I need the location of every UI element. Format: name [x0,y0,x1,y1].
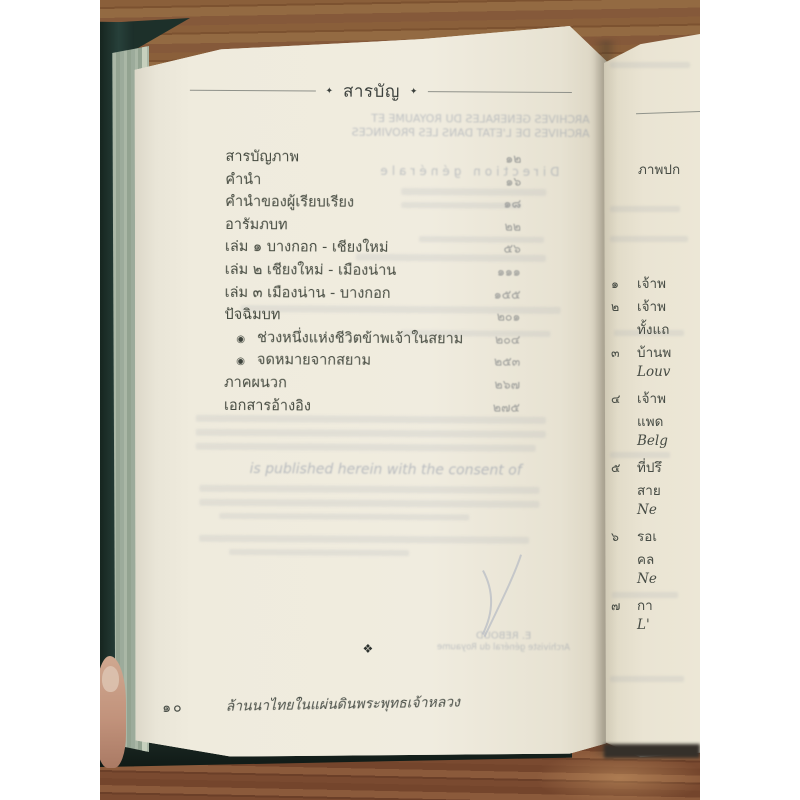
ghost-smudge [196,443,536,452]
illustration-entry: Belg [604,433,700,456]
entry-number: ๕ [604,458,637,478]
toc-row: คำนำ ๑๖ [225,168,521,192]
entry-number: ๖ [604,527,637,547]
ghost-smudge [199,485,539,494]
illustration-entry: ๒ เจ้าพ [604,295,700,318]
entry-text-fragment: Louv [637,364,670,380]
entry-text-fragment: L' [637,617,650,633]
toc-entry-label: ช่วงหนึ่งแห่งชีวิตข้าพเจ้าในสยาม [257,326,463,350]
illustration-entry: แพด [604,410,700,433]
toc-entry-page-number: ๒๖๗ [494,375,520,395]
toc-entry-page-number: ๒๐๔ [495,329,520,349]
illustration-entry: ๓ บ้านพ [604,341,700,364]
bullet-icon: ◉ [236,334,245,345]
entry-text-fragment: ที่ปรึ [637,456,662,478]
ghost-smudge [610,206,680,212]
toc-entry-page-number: ๑๕๕ [494,284,521,304]
photo-frame: ✦ สารบัญ ✦ ARCHIVES GENERALES DU ROYAUME… [100,0,700,800]
illustration-entry: ๖ รอเ [604,525,700,548]
toc-list: สารบัญภาพ ๑๒ คำนำ ๑๖ คำนำของผู้เรียบเรีย… [224,145,522,418]
toc-entry-label: สารบัญภาพ [225,145,299,168]
toc-row: เอกสารอ้างอิง ๒๗๕ [224,393,520,417]
diamond-ornament-icon: ✦ [325,86,333,96]
toc-row: อารัมภบท ๒๒ [225,213,521,237]
ghost-smudge [610,62,690,68]
ghost-consent-line: is published herein with the consent of [250,461,522,479]
entry-number: ๗ [604,596,637,616]
running-book-title: ล้านนาไทยในแผ่นดินพระพุทธเจ้าหลวง [225,691,460,717]
thumb [100,656,126,768]
illustration-entry: L' [604,617,700,640]
right-page-content: ภาพปก ๑ เจ้าพ ๒ เจ้าพ [604,0,700,800]
pencil-mark [459,548,550,644]
entry-text-fragment: Ne [637,502,657,518]
toc-entry-label: คำนำ [225,168,261,191]
bottom-diamond-ornament-icon: ❖ [362,642,373,656]
toc-entry-label: ภาคผนวก [224,371,287,394]
toc-entry-label: เล่ม ๓ เมืองน่าน - บางกอก [225,280,391,304]
entry-text-fragment: Belg [637,433,668,449]
right-page-header: ภาพปก [638,158,680,180]
photo-of-open-book: ✦ สารบัญ ✦ ARCHIVES GENERALES DU ROYAUME… [0,0,800,800]
toc-title-row: ✦ สารบัญ ✦ [190,77,572,106]
toc-row: ◉ ช่วงหนึ่งแห่งชีวิตข้าพเจ้าในสยาม ๒๐๔ [224,326,520,350]
toc-entry-label: จดหมายจากสยาม [257,348,371,372]
entry-number: ๑ [604,274,637,294]
ghost-smudge [199,535,529,544]
diamond-ornament-icon: ✦ [410,87,418,97]
toc-row: เล่ม ๒ เชียงใหม่ - เมืองน่าน ๑๑๑ [225,258,521,282]
ghost-archives-line2: ARCHIVES DE L'ETAT DANS LES PROVINCES [298,125,590,140]
illustration-entry: Louv [604,364,700,387]
entry-text-fragment: สาย [637,479,661,501]
toc-entry-page-number: ๒๐๑ [497,307,521,327]
illustration-entry: ๕ ที่ปรึ [604,456,700,479]
entry-number: ๓ [604,343,637,363]
ghost-smudge [196,429,546,438]
entry-text-fragment: คล [637,548,654,570]
illustration-entry: ทั้งแถ [604,318,700,341]
toc-row: ภาคผนวก ๒๖๗ [224,371,520,395]
title-rule-right [427,91,571,93]
entry-text-fragment: รอเ [637,525,657,547]
toc-entry-page-number: ๕๖ [503,239,521,259]
ghost-smudge [610,236,688,242]
page-title: สารบัญ [343,78,400,105]
entry-number: ๔ [604,389,637,409]
ghost-smudge [229,549,409,556]
folio-page-number: ๑๐ [162,697,184,719]
illustration-entry: Ne [604,502,700,525]
bullet-icon: ◉ [236,356,245,367]
toc-entry-label: เล่ม ๑ บางกอก - เชียงใหม่ [225,235,389,259]
entry-text-fragment: เจ้าพ [637,387,666,409]
illustration-entry: ๑ เจ้าพ [604,272,700,295]
entry-text-fragment: Ne [637,571,657,587]
entry-number: ๒ [604,297,637,317]
toc-entry-page-number: ๒๒ [505,216,522,236]
illustration-entry: คล [604,548,700,571]
ghost-smudge [610,676,684,682]
toc-entry-label: ปัจฉิมบท [224,303,280,326]
toc-entry-page-number: ๒๕๓ [494,352,520,372]
toc-entry-label: คำนำของผู้เรียบเรียง [225,190,354,214]
ghost-signer-title: Archiviste général du Royaume [428,642,578,653]
toc-row: เล่ม ๓ เมืองน่าน - บางกอก ๑๕๕ [225,280,521,304]
toc-entry-page-number: ๑๖ [505,171,521,191]
entry-text-fragment: แพด [637,410,663,432]
toc-entry-label: เอกสารอ้างอิง [224,393,311,417]
page-footer: ๑๐ ล้านนาไทยในแผ่นดินพระพุทธเจ้าหลวง [162,690,522,719]
toc-entry-page-number: ๑๑๑ [497,262,521,282]
title-rule-left [190,90,316,92]
toc-entry-page-number: ๒๗๕ [493,397,520,417]
ghost-smudge [199,499,539,508]
toc-entry-page-number: ๑๒ [505,149,521,169]
entry-text-fragment: บ้านพ [637,341,671,363]
ghost-smudge [219,513,469,521]
entry-text-fragment: เจ้าพ [637,295,666,317]
toc-entry-label: เล่ม ๒ เชียงใหม่ - เมืองน่าน [225,258,397,282]
toc-entry-label: อารัมภบท [225,213,288,236]
toc-row: สารบัญภาพ ๑๒ [225,145,521,169]
toc-row: ◉ จดหมายจากสยาม ๒๕๓ [224,348,520,372]
toc-row: คำนำของผู้เรียบเรียง ๑๘ [225,190,521,214]
toc-row: ปัจฉิมบท ๒๐๑ [224,303,520,327]
toc-entry-page-number: ๑๘ [504,194,522,214]
ghost-archives-line1: ARCHIVES GENERALES DU ROYAUME ET [298,111,590,126]
illustration-entry: Ne [604,571,700,594]
illustration-list: ๑ เจ้าพ ๒ เจ้าพ ทั้งแถ ๓ [604,272,700,640]
illustration-entry: สาย [604,479,700,502]
entry-text-fragment: ทั้งแถ [637,318,669,340]
entry-text-fragment: เจ้าพ [637,272,666,294]
toc-row: เล่ม ๑ บางกอก - เชียงใหม่ ๕๖ [225,235,521,259]
illustration-entry: ๗ กา [604,594,700,617]
illustration-entry: ๔ เจ้าพ [604,387,700,410]
entry-text-fragment: กา [637,594,653,616]
thumbnail [102,666,119,692]
right-page-header-rule [636,111,700,114]
